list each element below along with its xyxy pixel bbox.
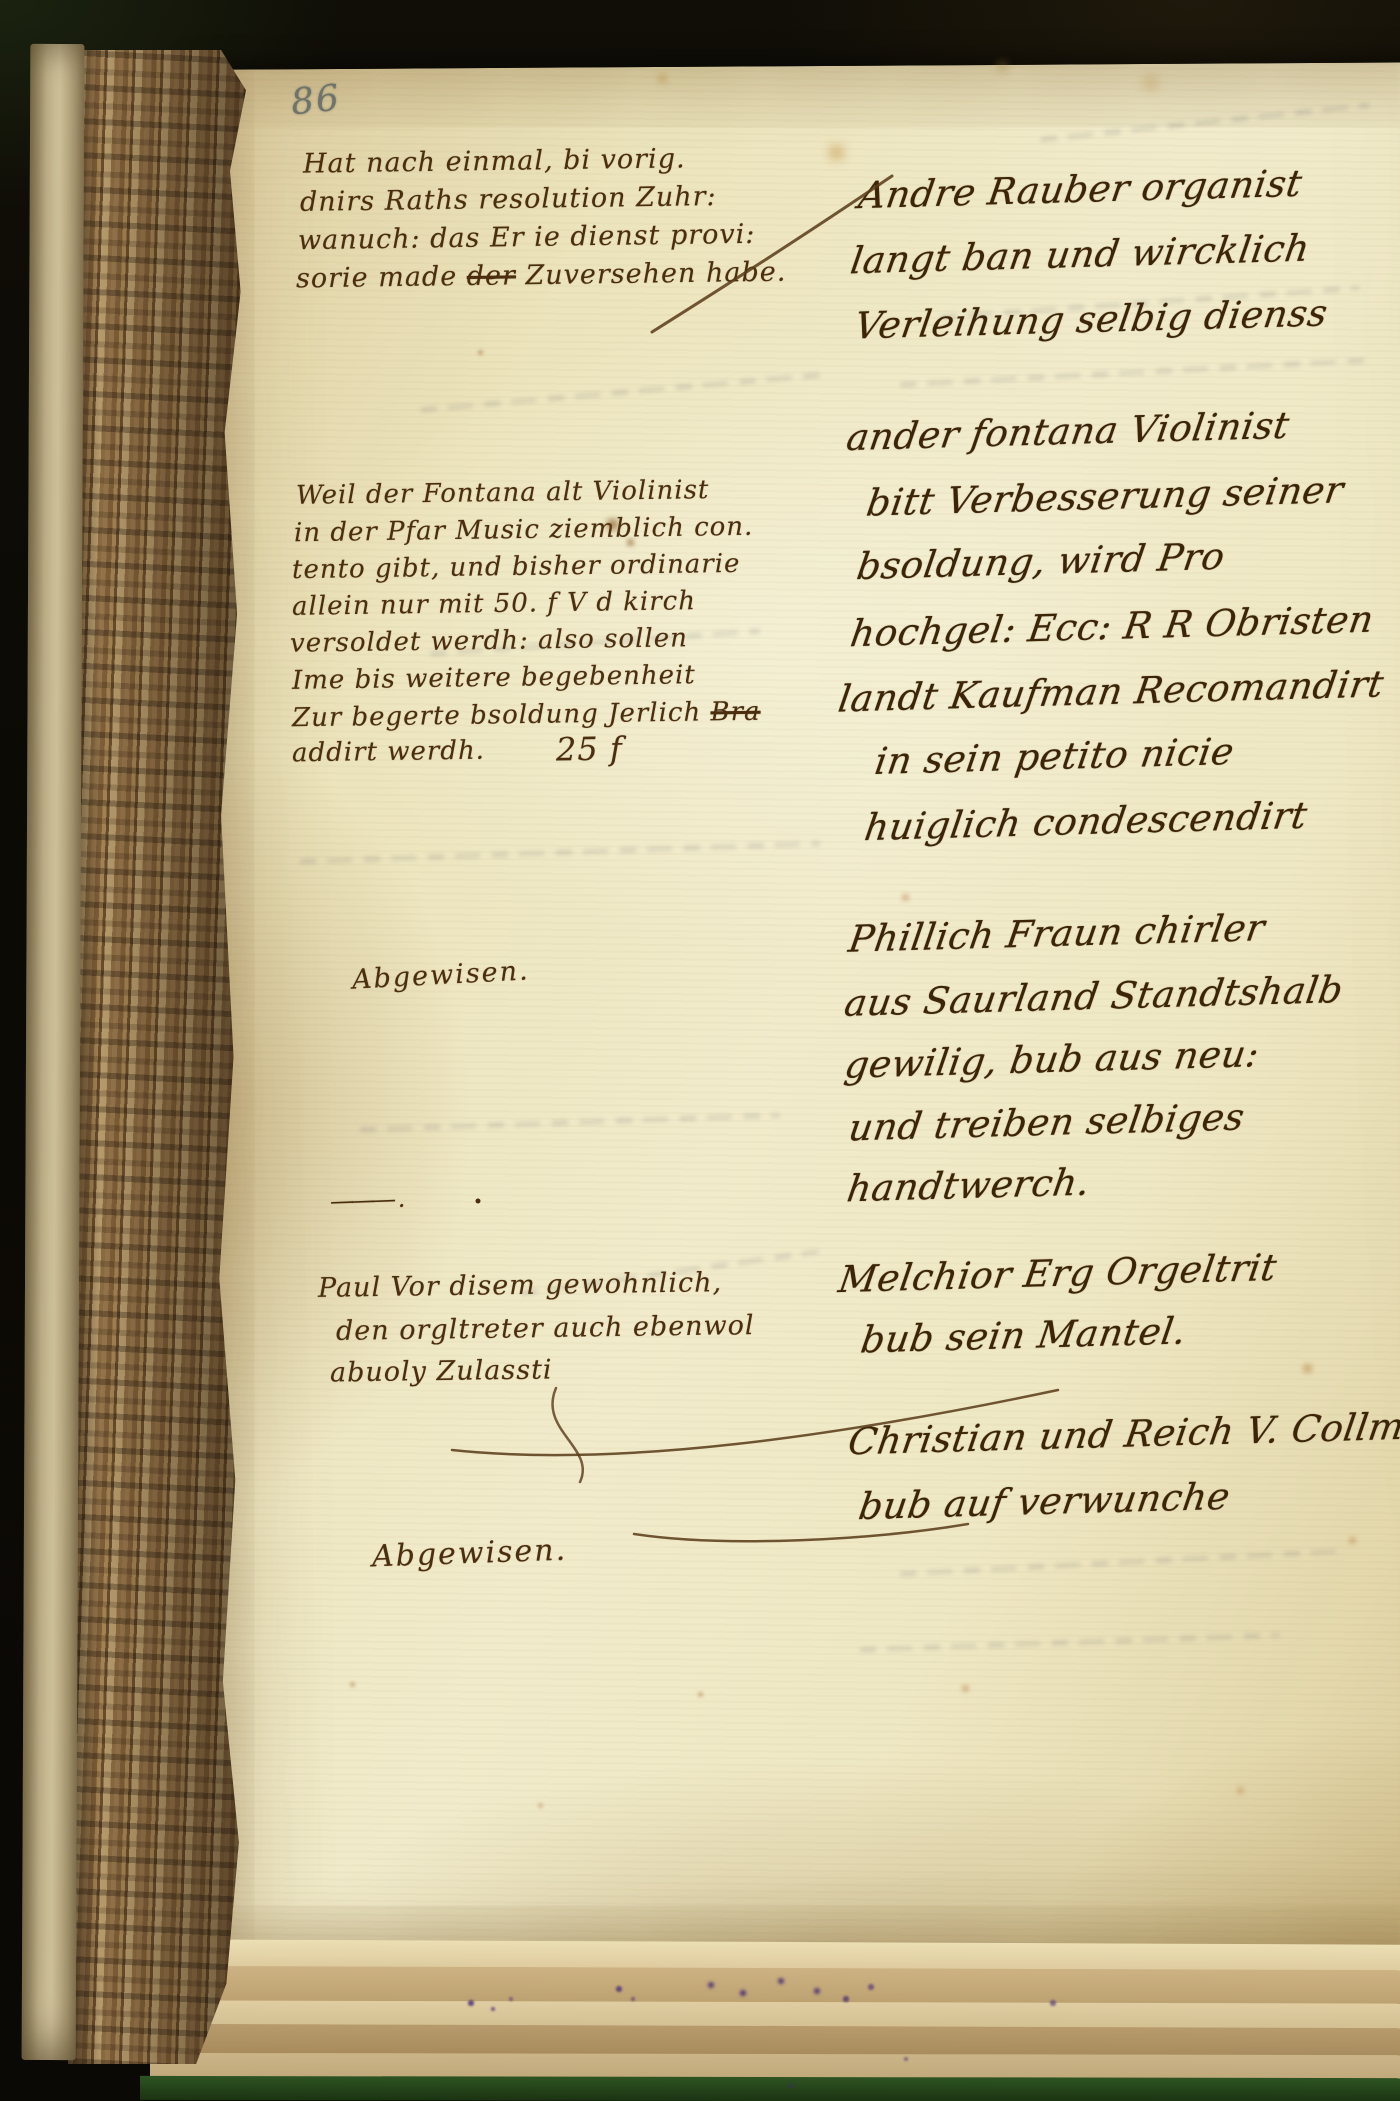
flourish-underline-long [452, 1390, 1058, 1455]
book-cover-edge [140, 2076, 1400, 2101]
flourish-descender [552, 1388, 582, 1482]
vellum-cover-strip [22, 44, 85, 2060]
flourish-slash [652, 176, 892, 332]
purple-ink-speckles [0, 0, 2, 2]
separator-dot [476, 1199, 481, 1204]
flourish-underline-short [634, 1524, 968, 1541]
manuscript-photo: 86 Hat nach einmal, bi vorig. dnirs Rath… [0, 0, 1400, 2101]
binding-grain-texture [68, 50, 246, 2064]
binding-page-edges [68, 50, 246, 2064]
